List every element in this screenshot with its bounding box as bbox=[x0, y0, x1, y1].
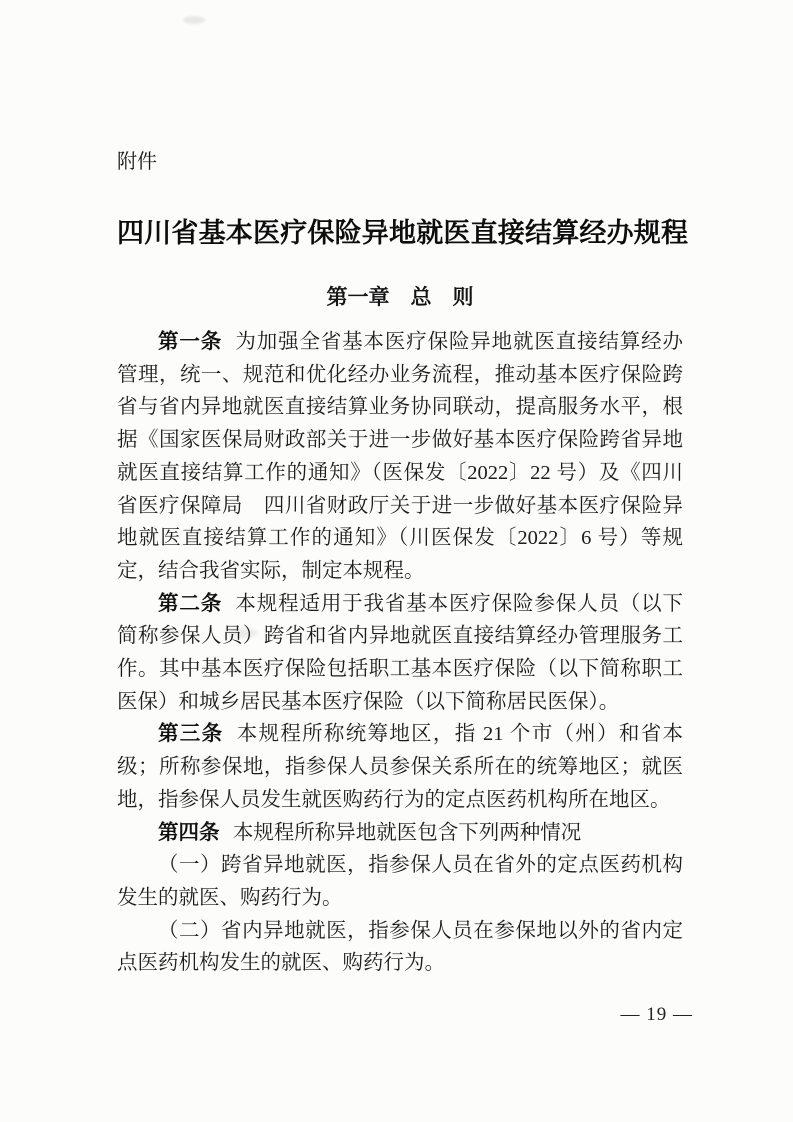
paragraph-article-1: 第一条为加强全省基本医疗保险异地就医直接结算经办管理，统一、规范和优化经办业务流… bbox=[117, 326, 683, 588]
item-2-text: （二）省内异地就医，指参保人员在参保地以外的省内定点医药机构发生的就医、购药行为… bbox=[117, 920, 683, 975]
article-4-lead: 第四条 bbox=[158, 821, 233, 844]
paragraph-article-3: 第三条本规程所称统筹地区，指 21 个市（州）和省本级；所称参保地，指参保人员参… bbox=[117, 718, 683, 816]
document-content: 附件 四川省基本医疗保险异地就医直接结算经办规程 第一章 总 则 第一条为加强全… bbox=[117, 150, 683, 980]
scan-artifact bbox=[183, 16, 205, 24]
chapter-heading: 第一章 总 则 bbox=[117, 284, 683, 311]
document-body: 第一条为加强全省基本医疗保险异地就医直接结算经办管理，统一、规范和优化经办业务流… bbox=[117, 326, 683, 980]
paragraph-article-2: 第二条本规程适用于我省基本医疗保险参保人员（以下简称参保人员）跨省和省内异地就医… bbox=[117, 588, 683, 719]
document-title: 四川省基本医疗保险异地就医直接结算经办规程 bbox=[117, 216, 683, 250]
paragraph-item-1: （一）跨省异地就医，指参保人员在省外的定点医药机构发生的就医、购药行为。 bbox=[117, 849, 683, 914]
paragraph-item-2: （二）省内异地就医，指参保人员在参保地以外的省内定点医药机构发生的就医、购药行为… bbox=[117, 915, 683, 980]
article-4-text: 本规程所称异地就医包含下列两种情况 bbox=[233, 822, 582, 844]
article-3-lead: 第三条 bbox=[158, 722, 237, 745]
article-2-lead: 第二条 bbox=[158, 592, 235, 615]
article-1-lead: 第一条 bbox=[158, 330, 235, 353]
attachment-label: 附件 bbox=[117, 150, 683, 174]
document-page: 附件 四川省基本医疗保险异地就医直接结算经办规程 第一章 总 则 第一条为加强全… bbox=[0, 0, 793, 1122]
paragraph-article-4: 第四条本规程所称异地就医包含下列两种情况 bbox=[117, 817, 683, 850]
article-1-text: 为加强全省基本医疗保险异地就医直接结算经办管理，统一、规范和优化经办业务流程，推… bbox=[117, 331, 683, 582]
page-number: — 19 — bbox=[621, 1004, 694, 1026]
item-1-text: （一）跨省异地就医，指参保人员在省外的定点医药机构发生的就医、购药行为。 bbox=[117, 854, 683, 909]
